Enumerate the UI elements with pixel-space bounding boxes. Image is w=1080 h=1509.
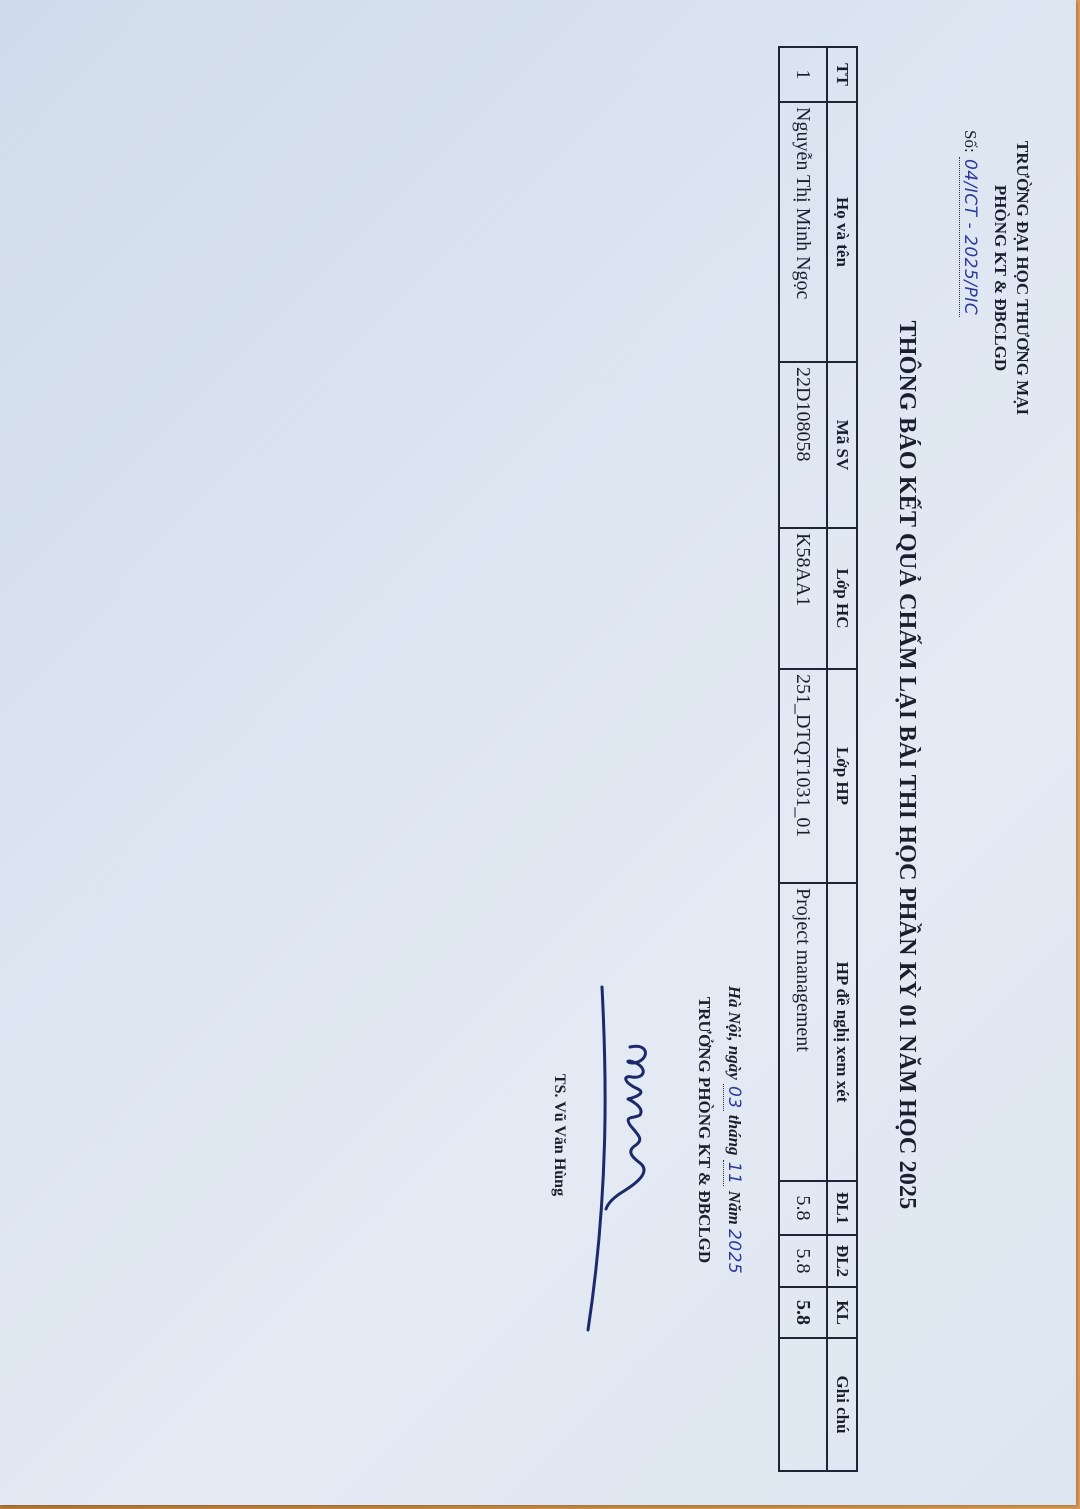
cell-course-class: 251_DTQT1031_01 bbox=[779, 669, 827, 883]
organization-department: PHÒNG KT & ĐBCLGD bbox=[990, 118, 1010, 438]
cell-admin-class: K58AA1 bbox=[779, 528, 827, 669]
regrade-results-table: TT Họ và tên Mã SV Lớp HC Lớp HP HP đề n… bbox=[778, 46, 858, 1472]
date-month: 11 bbox=[723, 1160, 744, 1187]
header-score-1: ĐL1 bbox=[827, 1181, 857, 1235]
header-admin-class: Lớp HC bbox=[827, 528, 857, 669]
document-page: TRƯỜNG ĐẠI HỌC THƯƠNG MẠI PHÒNG KT & ĐBC… bbox=[0, 0, 1080, 1509]
photo-frame: TRƯỜNG ĐẠI HỌC THƯƠNG MẠI PHÒNG KT & ĐBC… bbox=[0, 0, 1080, 1509]
document-number: Số: 04/ICT - 2025/PIC bbox=[960, 130, 980, 317]
header-tt: TT bbox=[827, 47, 857, 102]
header-full-name: Họ và tên bbox=[827, 102, 857, 362]
header-notes: Ghi chú bbox=[827, 1338, 857, 1471]
date-year-label: Năm bbox=[725, 1191, 744, 1225]
header-course-requested: HP đề nghị xem xét bbox=[827, 883, 857, 1181]
header-conclusion: KL bbox=[827, 1287, 857, 1338]
date-month-label: tháng bbox=[725, 1115, 744, 1156]
header-student-id: Mã SV bbox=[827, 362, 857, 528]
organization-name: TRƯỜNG ĐẠI HỌC THƯƠNG MẠI bbox=[1012, 118, 1032, 438]
cell-full-name: Nguyễn Thị Minh Ngọc bbox=[779, 102, 827, 362]
cell-course-requested: Project management bbox=[779, 883, 827, 1181]
document-number-label: Số: bbox=[961, 130, 980, 153]
document-title: THÔNG BÁO KẾT QUẢ CHẤM LẠI BÀI THI HỌC P… bbox=[893, 285, 920, 1245]
table-header-row: TT Họ và tên Mã SV Lớp HC Lớp HP HP đề n… bbox=[827, 47, 857, 1471]
document-number-value: 04/ICT - 2025/PIC bbox=[959, 157, 980, 317]
cell-notes bbox=[779, 1338, 827, 1471]
cell-score-2: 5.8 bbox=[779, 1235, 827, 1287]
cell-conclusion: 5.8 bbox=[779, 1287, 827, 1338]
cell-tt: 1 bbox=[779, 47, 827, 102]
signer-name: TS. Vũ Văn Hùng bbox=[550, 1070, 568, 1200]
handwritten-signature-icon bbox=[550, 985, 680, 1345]
date-day: 03 bbox=[723, 1084, 744, 1111]
date-place-prefix: Hà Nội, ngày bbox=[725, 986, 744, 1080]
header-score-2: ĐL2 bbox=[827, 1235, 857, 1287]
cell-student-id: 22D108058 bbox=[779, 362, 827, 528]
date-year: 2025 bbox=[724, 1229, 744, 1274]
table-row: 1 Nguyễn Thị Minh Ngọc 22D108058 K58AA1 … bbox=[779, 47, 827, 1471]
header-course-class: Lớp HP bbox=[827, 669, 857, 883]
signing-date: Hà Nội, ngày 03 tháng 11 Năm 2025 bbox=[724, 960, 744, 1300]
signer-title: TRƯỞNG PHÒNG KT & ĐBCLGD bbox=[694, 960, 714, 1300]
cell-score-1: 5.8 bbox=[779, 1181, 827, 1235]
paper-sheet: TRƯỜNG ĐẠI HỌC THƯƠNG MẠI PHÒNG KT & ĐBC… bbox=[0, 0, 1076, 1505]
